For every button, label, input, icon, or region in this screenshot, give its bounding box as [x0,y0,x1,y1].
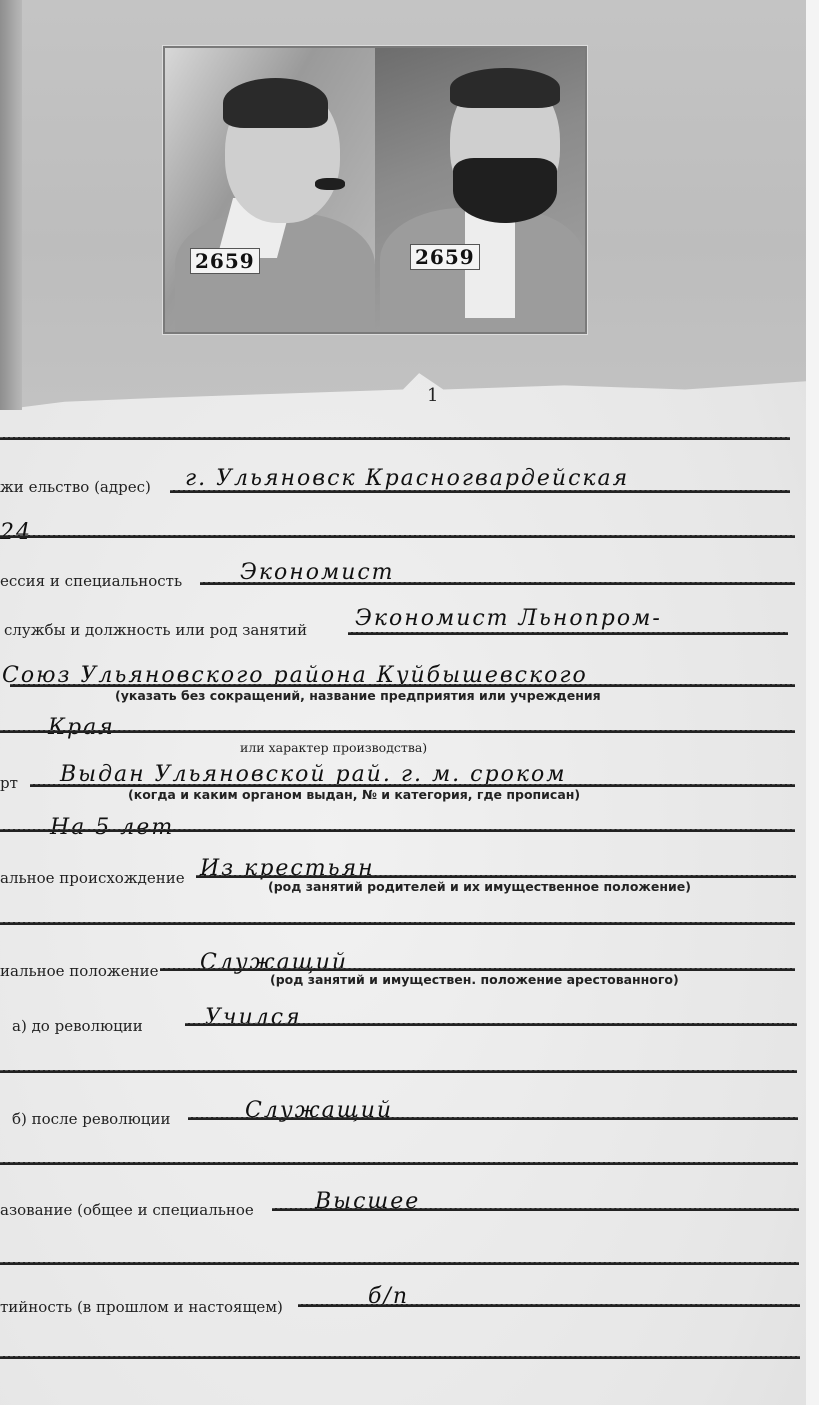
field-value-service-cont2: Края [48,715,115,740]
form-rule [170,490,790,493]
profile-hair [223,78,328,128]
form-rule [348,632,788,635]
card-shadow-edge [0,0,22,410]
form-rule [0,1356,800,1359]
field-hint-status: (род занятий и имуществен. положение аре… [270,972,679,987]
field-hint-origin: (род занятий родителей и их имущественно… [268,879,691,894]
form-rule [196,875,796,878]
field-value-residence: г. Ульяновск Красногвардейская [185,466,629,491]
form-rule [0,922,795,925]
profile-mustache [315,178,345,190]
form-rule [0,437,790,440]
profile-view: 2659 [165,48,375,332]
form-rule [0,1162,798,1165]
profile-number-tag: 2659 [190,248,260,274]
form-rule [185,1023,797,1026]
form-rule [10,684,795,687]
field-label-before-revolution: а) до революции [12,1017,143,1035]
front-view: 2659 [375,48,585,332]
form-rule [0,535,795,538]
form-rule [188,1117,798,1120]
field-label-after-revolution: б) после революции [12,1110,170,1128]
field-hint-passport: (когда и каким органом выдан, № и катего… [128,787,580,802]
field-label-status: иальное положение [0,962,158,980]
field-value-passport-cont: На 5 лет [50,815,174,840]
field-label-education: азование (общее и специальное [0,1201,254,1219]
field-label-profession: ессия и специальность [0,572,182,590]
form-rule [0,1070,797,1073]
field-value-before-revolution: Учился [205,1005,302,1030]
page-mark: 1 [427,385,438,406]
field-label-origin: альное происхождение [0,869,185,887]
field-value-service: Экономист Льнопром- [355,606,662,631]
front-hair [450,68,560,108]
mugshot-photo: 2659 2659 [163,46,587,334]
form-rule [200,582,795,585]
form-rule [0,829,795,832]
field-label-party: тийность (в прошлом и настоящем) [0,1298,283,1316]
form-rule [160,968,795,971]
field-label-service: службы и должность или род занятий [4,621,307,639]
form-rule [0,1262,799,1265]
field-value-residence-cont: 24 [0,520,32,545]
field-hint-service-2: или характер производства) [240,740,427,755]
form-rule [298,1304,800,1307]
front-beard [453,158,557,223]
form-rule [272,1208,799,1211]
document-page: 2659 2659 1 жи ельство (адрес) г. Ульяно… [0,0,819,1405]
page-margin-strip [806,0,819,1405]
field-hint-service: (указать без сокращений, название предпр… [115,688,601,703]
field-label-residence: жи ельство (адрес) [0,478,151,496]
field-label-passport: рт [0,774,18,792]
form-rule [0,730,795,733]
front-number-tag: 2659 [410,244,480,270]
